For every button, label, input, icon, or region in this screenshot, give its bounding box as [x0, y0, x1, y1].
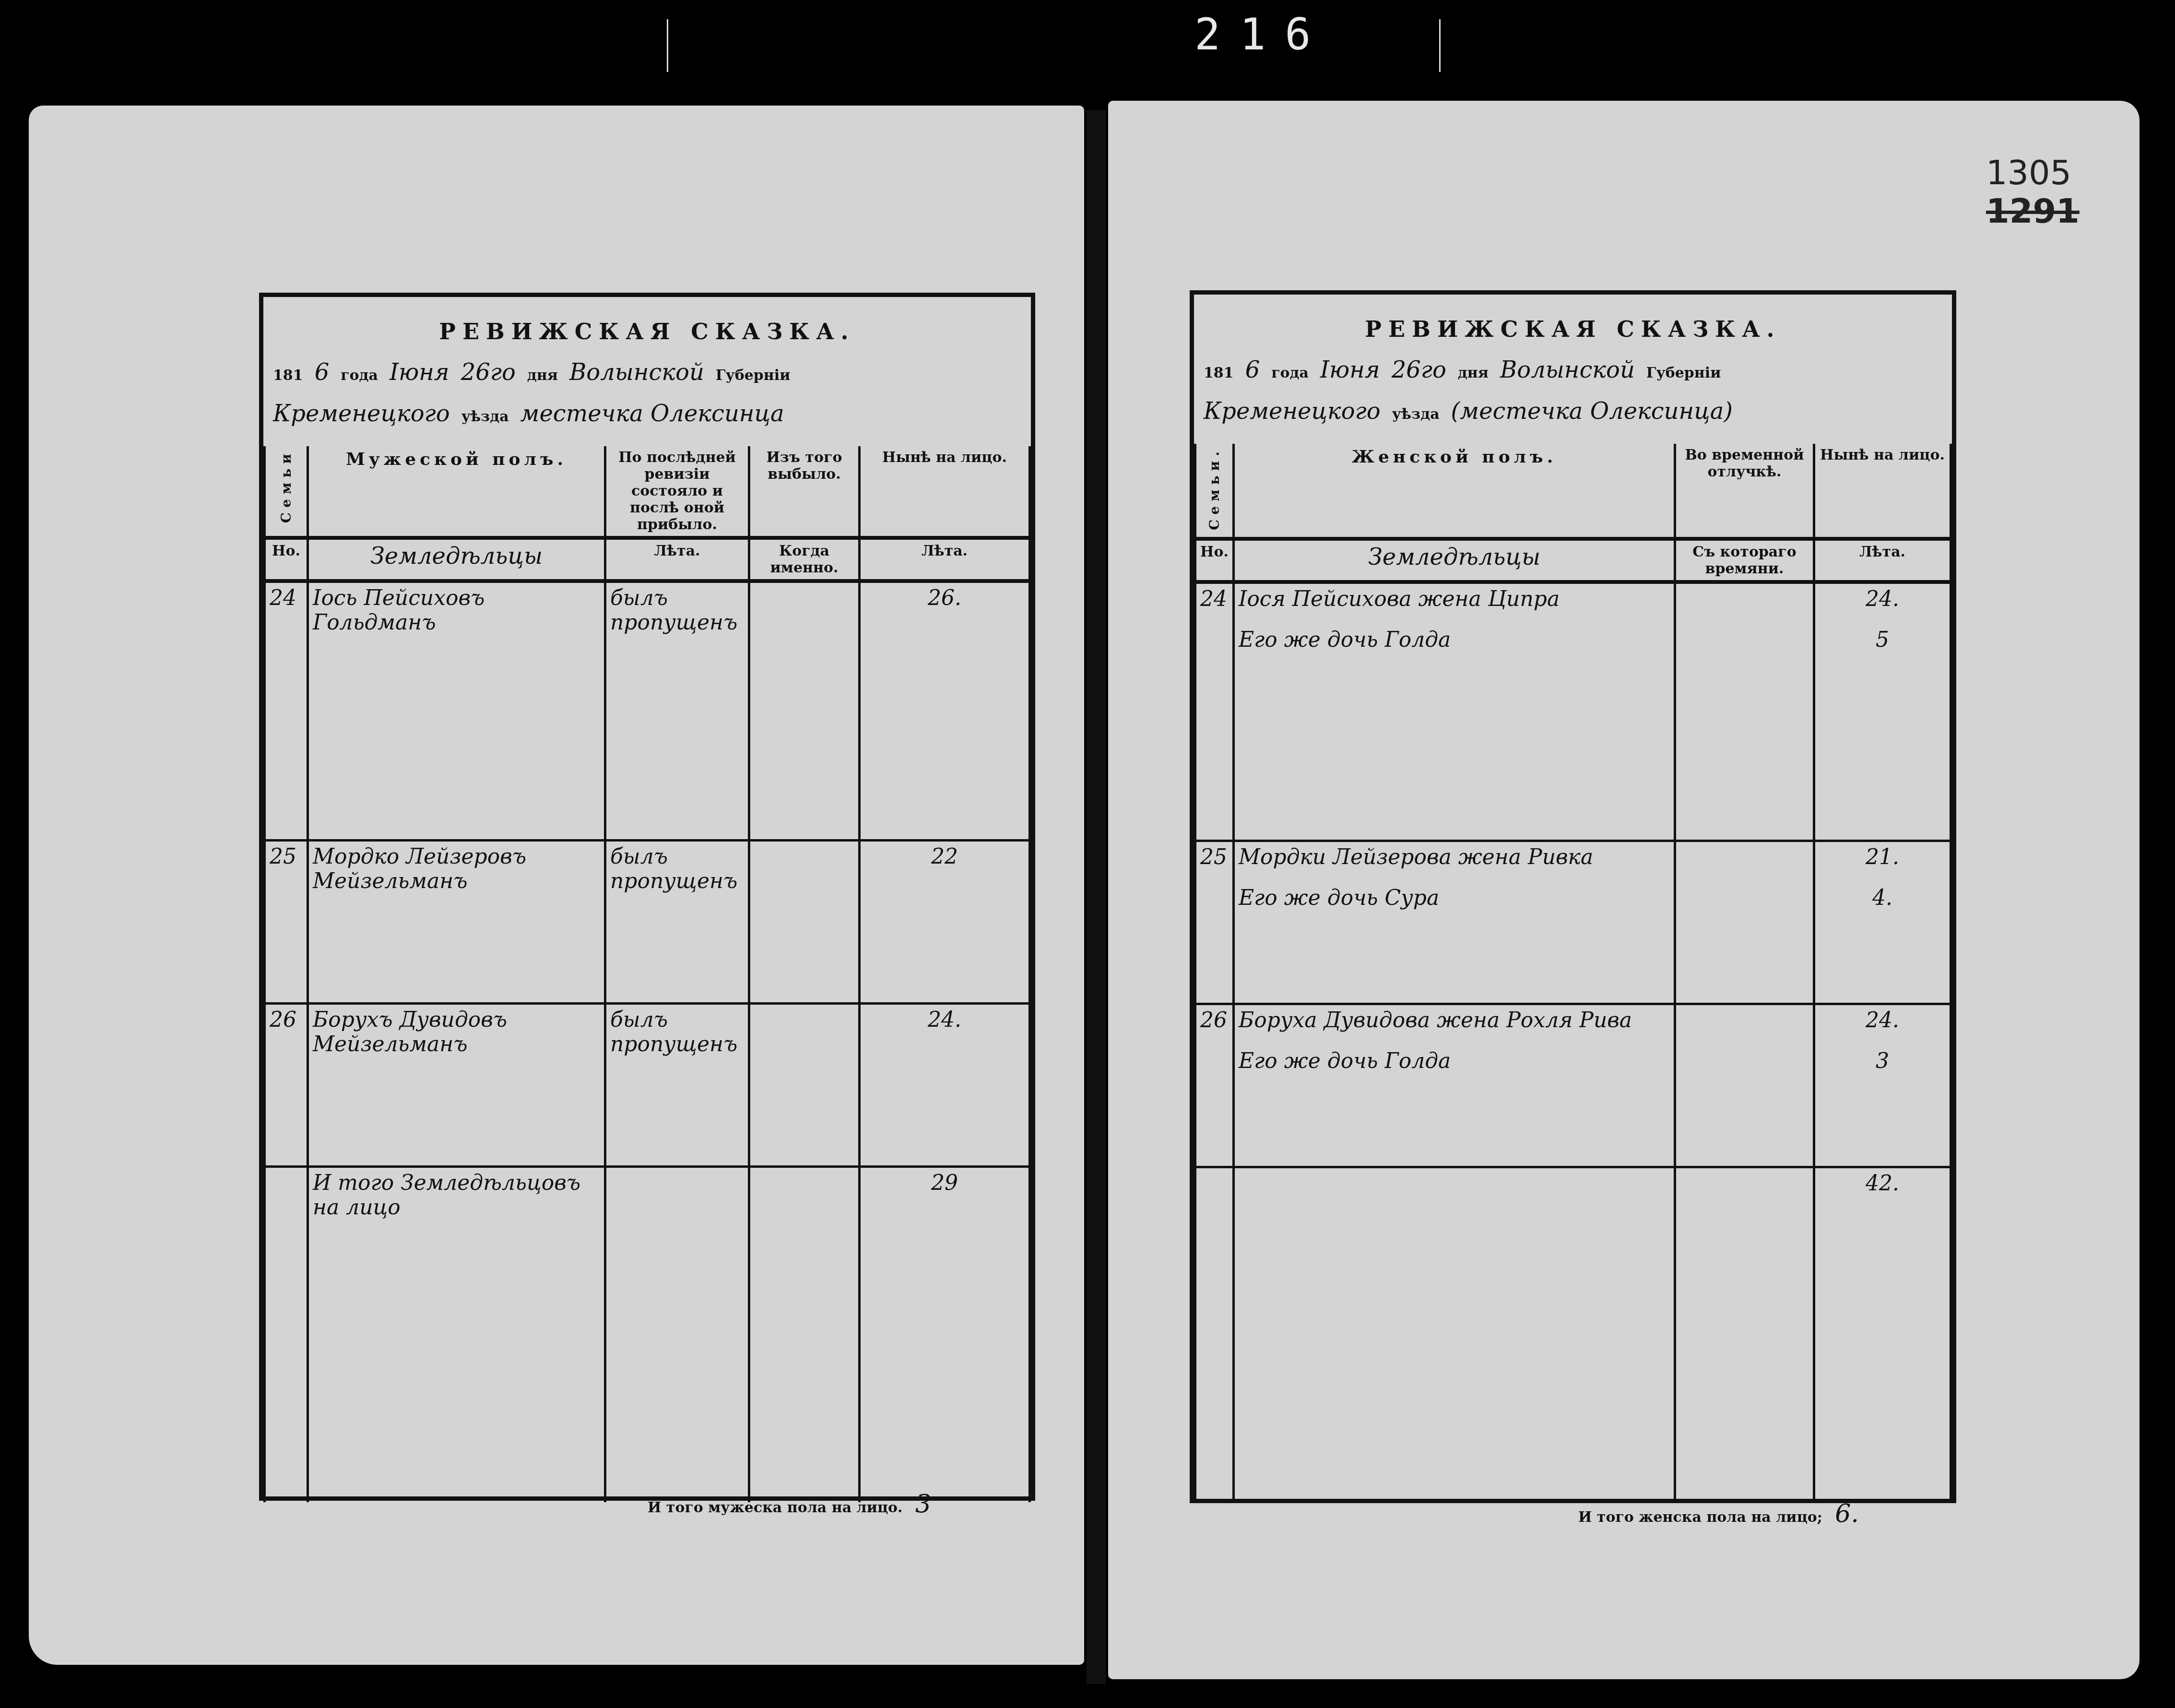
- male-register-form: РЕВИЖСКАЯ СКАЗКА. 181 6 года Іюня 26го д…: [259, 293, 1035, 1501]
- archive-number-current: 1305: [1986, 154, 2080, 192]
- female-header: Женской полъ.: [1234, 444, 1675, 539]
- present-age: 24.: [1866, 587, 1899, 611]
- total-row: 42.: [1195, 1167, 1951, 1503]
- present-sub: Лѣта.: [1814, 539, 1951, 582]
- last-revision-note: былъ пропущенъ: [605, 1003, 749, 1166]
- gubernia-label: Губерніи: [1646, 365, 1721, 381]
- family-header: Семьи: [278, 449, 294, 523]
- book-spine: [1087, 110, 1106, 1684]
- table-row: 26 Боруха Дувидова жена Рохля РиваЕго же…: [1195, 1004, 1951, 1167]
- person-name: Мордко Лейзеровъ Мейзельманъ: [308, 840, 605, 1003]
- day-hand: 26го: [1392, 356, 1446, 383]
- last-revision-sub: Лѣта.: [605, 538, 749, 581]
- family-no: 25: [265, 840, 308, 1003]
- year-hand: 6: [315, 359, 330, 386]
- uezd-hand: Кременецкого: [273, 400, 450, 427]
- present-age: 3: [1819, 1049, 1946, 1073]
- last-revision-note: былъ пропущенъ: [605, 840, 749, 1003]
- total-row: И того Земледѣльцовъ на лицо 29: [265, 1166, 1030, 1502]
- family-no: 26: [1195, 1004, 1234, 1167]
- departed-note: [749, 581, 860, 840]
- day-label: дня: [527, 367, 558, 384]
- last-revision-note: былъ пропущенъ: [605, 581, 749, 840]
- departed-sub: Когда именно.: [749, 538, 860, 581]
- form-title: РЕВИЖСКАЯ СКАЗКА.: [1194, 316, 1952, 342]
- person-name: Его же дочь Голда: [1239, 628, 1670, 652]
- present-sub: Лѣта.: [860, 538, 1030, 581]
- total-present-age: 29: [860, 1166, 1030, 1502]
- estate-hand: Земледѣльцы: [308, 538, 605, 581]
- table-row: 26 Борухъ Дувидовъ Мейзельманъ былъ проп…: [265, 1003, 1030, 1166]
- page-stamp-number: 216: [1194, 10, 1330, 60]
- table-row: 24 Іося Пейсихова жена ЦипраЕго же дочь …: [1195, 582, 1951, 841]
- family-no-header: Но.: [1195, 539, 1234, 582]
- gubernia-label: Губерніи: [716, 367, 791, 384]
- table-row: 25 Мордко Лейзеровъ Мейзельманъ былъ про…: [265, 840, 1030, 1003]
- month-hand: Іюня: [390, 359, 449, 386]
- present-age: 26.: [860, 581, 1030, 840]
- place-line: Кременецкого уѣзда (местечка Олексинца): [1204, 398, 1942, 425]
- form-title: РЕВИЖСКАЯ СКАЗКА.: [263, 319, 1031, 344]
- person-name: Его же дочь Голда: [1239, 1049, 1670, 1073]
- male-header: Мужеской полъ.: [308, 446, 605, 538]
- person-name: Мордки Лейзерова жена Ривка: [1239, 845, 1593, 869]
- male-total-value: 3: [915, 1490, 931, 1518]
- year-prefix: 181: [273, 367, 303, 384]
- person-name: Борухъ Дувидовъ Мейзельманъ: [308, 1003, 605, 1166]
- uezd-label: уѣзда: [461, 408, 509, 425]
- year-prefix: 181: [1204, 365, 1234, 381]
- date-line: 181 6 года Іюня 26го дня Волынской Губер…: [273, 359, 1021, 386]
- place-line: Кременецкого уѣзда местечка Олексинца: [273, 400, 1021, 427]
- absence-header: Во временной отлучкѣ.: [1675, 444, 1814, 539]
- female-register-form: РЕВИЖСКАЯ СКАЗКА. 181 6 года Іюня 26го д…: [1190, 290, 1956, 1503]
- female-total-footer: И того женска пола на лицо; 6.: [1578, 1499, 1859, 1528]
- female-total-label: И того женска пола на лицо;: [1578, 1509, 1822, 1526]
- place-hand: местечка Олексинца: [520, 400, 784, 427]
- month-hand: Іюня: [1320, 356, 1380, 383]
- present-age: 4.: [1819, 886, 1946, 910]
- present-header: Нынѣ на лицо.: [1814, 444, 1951, 539]
- present-age: 22: [860, 840, 1030, 1003]
- person-name: Іось Пейсиховъ Гольдманъ: [308, 581, 605, 840]
- subheader-row: Но. Земледѣльцы Съ котораго времяни. Лѣт…: [1195, 539, 1951, 582]
- person-name: Боруха Дувидова жена Рохля Рива: [1239, 1008, 1632, 1032]
- year-hand: 6: [1245, 356, 1260, 383]
- year-label: года: [341, 367, 378, 384]
- male-total-label: И того мужеска пола на лицо.: [648, 1499, 903, 1516]
- female-total-value: 6.: [1835, 1499, 1859, 1528]
- present-age: 24.: [1866, 1008, 1899, 1032]
- family-no: 26: [265, 1003, 308, 1166]
- gubernia-hand: Волынской: [569, 359, 704, 386]
- departed-note: [749, 1003, 860, 1166]
- departed-note: [749, 840, 860, 1003]
- present-header: Нынѣ на лицо.: [860, 446, 1030, 538]
- uezd-label: уѣзда: [1392, 406, 1440, 423]
- present-age: 21.: [1866, 845, 1899, 869]
- subheader-row: Но. Земледѣльцы Лѣта. Когда именно. Лѣта…: [265, 538, 1030, 581]
- scan-tick-mark: [1439, 19, 1441, 72]
- person-name: Іося Пейсихова жена Ципра: [1239, 587, 1560, 611]
- place-hand: (местечка Олексинца): [1451, 398, 1733, 425]
- absence-sub: Съ котораго времяни.: [1675, 539, 1814, 582]
- family-no: 25: [1195, 841, 1234, 1004]
- estate-hand: Земледѣльцы: [1234, 539, 1675, 582]
- scan-tick-mark: [667, 19, 668, 72]
- archive-number-crossed: 1291: [1986, 192, 2080, 230]
- family-header: Семьи.: [1206, 447, 1222, 530]
- header-row: Семьи. Женской полъ. Во временной отлучк…: [1195, 444, 1951, 539]
- uezd-hand: Кременецкого: [1204, 398, 1381, 425]
- present-age: 5: [1819, 628, 1946, 652]
- present-age: 24.: [860, 1003, 1030, 1166]
- day-label: дня: [1458, 365, 1489, 381]
- header-row: Семьи Мужеской полъ. По послѣдней ревизі…: [265, 446, 1030, 538]
- total-text: И того Земледѣльцовъ на лицо: [308, 1166, 605, 1502]
- archive-folio-numbers: 1305 1291: [1986, 154, 2080, 230]
- person-name: Его же дочь Сура: [1239, 886, 1670, 910]
- table-row: 25 Мордки Лейзерова жена РивкаЕго же доч…: [1195, 841, 1951, 1004]
- last-revision-header: По послѣдней ревизіи состояло и послѣ он…: [605, 446, 749, 538]
- family-no: 24: [1195, 582, 1234, 841]
- table-row: 24 Іось Пейсиховъ Гольдманъ былъ пропуще…: [265, 581, 1030, 840]
- date-line: 181 6 года Іюня 26го дня Волынской Губер…: [1204, 356, 1942, 383]
- total-present-age: 42.: [1814, 1167, 1951, 1503]
- male-total-footer: И того мужеска пола на лицо. 3: [648, 1490, 931, 1518]
- year-label: года: [1271, 365, 1309, 381]
- departed-header: Изъ того выбыло.: [749, 446, 860, 538]
- female-table: Семьи. Женской полъ. Во временной отлучк…: [1194, 444, 1952, 1503]
- family-no: 24: [265, 581, 308, 840]
- day-hand: 26го: [461, 359, 516, 386]
- male-table: Семьи Мужеской полъ. По послѣдней ревизі…: [263, 446, 1031, 1502]
- family-no-header: Но.: [265, 538, 308, 581]
- gubernia-hand: Волынской: [1500, 356, 1635, 383]
